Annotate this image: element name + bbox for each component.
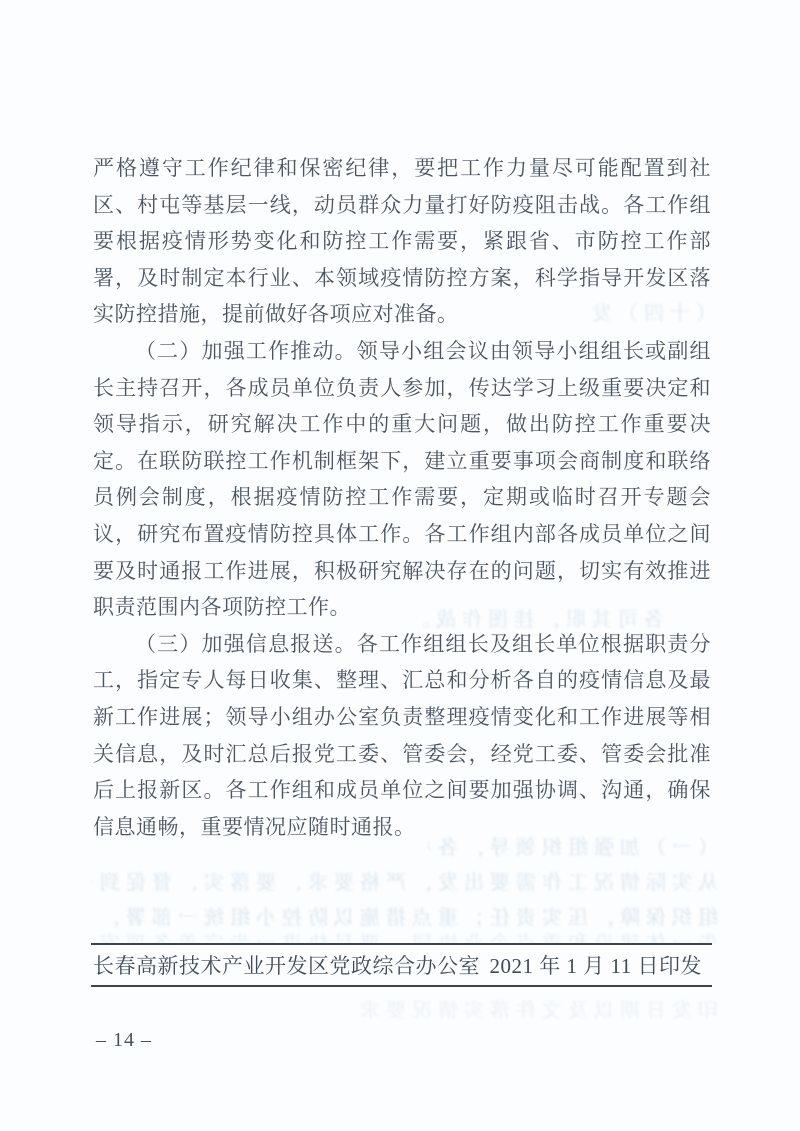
colophon: 长春高新技术产业开发区党政综合办公室 2021 年 1 月 11 日印发 <box>91 943 712 987</box>
bleedthrough-text: 先一体建设和重点企业协同，要尽快进一步完善各项安排 <box>92 927 718 943</box>
bleedthrough-text: 组织保障，压实责任；重点措施以防控小组统一部署， <box>92 901 718 927</box>
print-date: 2021 年 1 月 11 日印发 <box>490 950 712 980</box>
document-body: 严格遵守工作纪律和保密纪律，要把工作力量尽可能配置到社区、村屯等基层一线，动员群… <box>93 150 711 845</box>
issuing-office: 长春高新技术产业开发区党政综合办公室 <box>91 950 480 980</box>
paragraph-continuation: 严格遵守工作纪律和保密纪律，要把工作力量尽可能配置到社区、村屯等基层一线，动员群… <box>93 150 711 333</box>
scanned-document-page: （十四）发挥 各司其职，挂图作战。 （一）加强组织领导，各相 从实际情况工作需要… <box>0 0 800 1131</box>
paragraph-section-2: （二）加强工作推动。领导小组会议由领导小组组长或副组长主持召开，各成员单位负责人… <box>93 333 711 626</box>
page-number: – 14 – <box>96 1029 152 1052</box>
paragraph-section-3: （三）加强信息报送。各工作组组长及组长单位根据职责分工，指定专人每日收集、整理、… <box>93 626 711 846</box>
bleedthrough-text: 印发日期以及文件落实情况要求 <box>92 994 718 1020</box>
bleedthrough-text: 从实际情况工作需要出发，严格要求，要落实，督促到位 <box>92 866 718 892</box>
